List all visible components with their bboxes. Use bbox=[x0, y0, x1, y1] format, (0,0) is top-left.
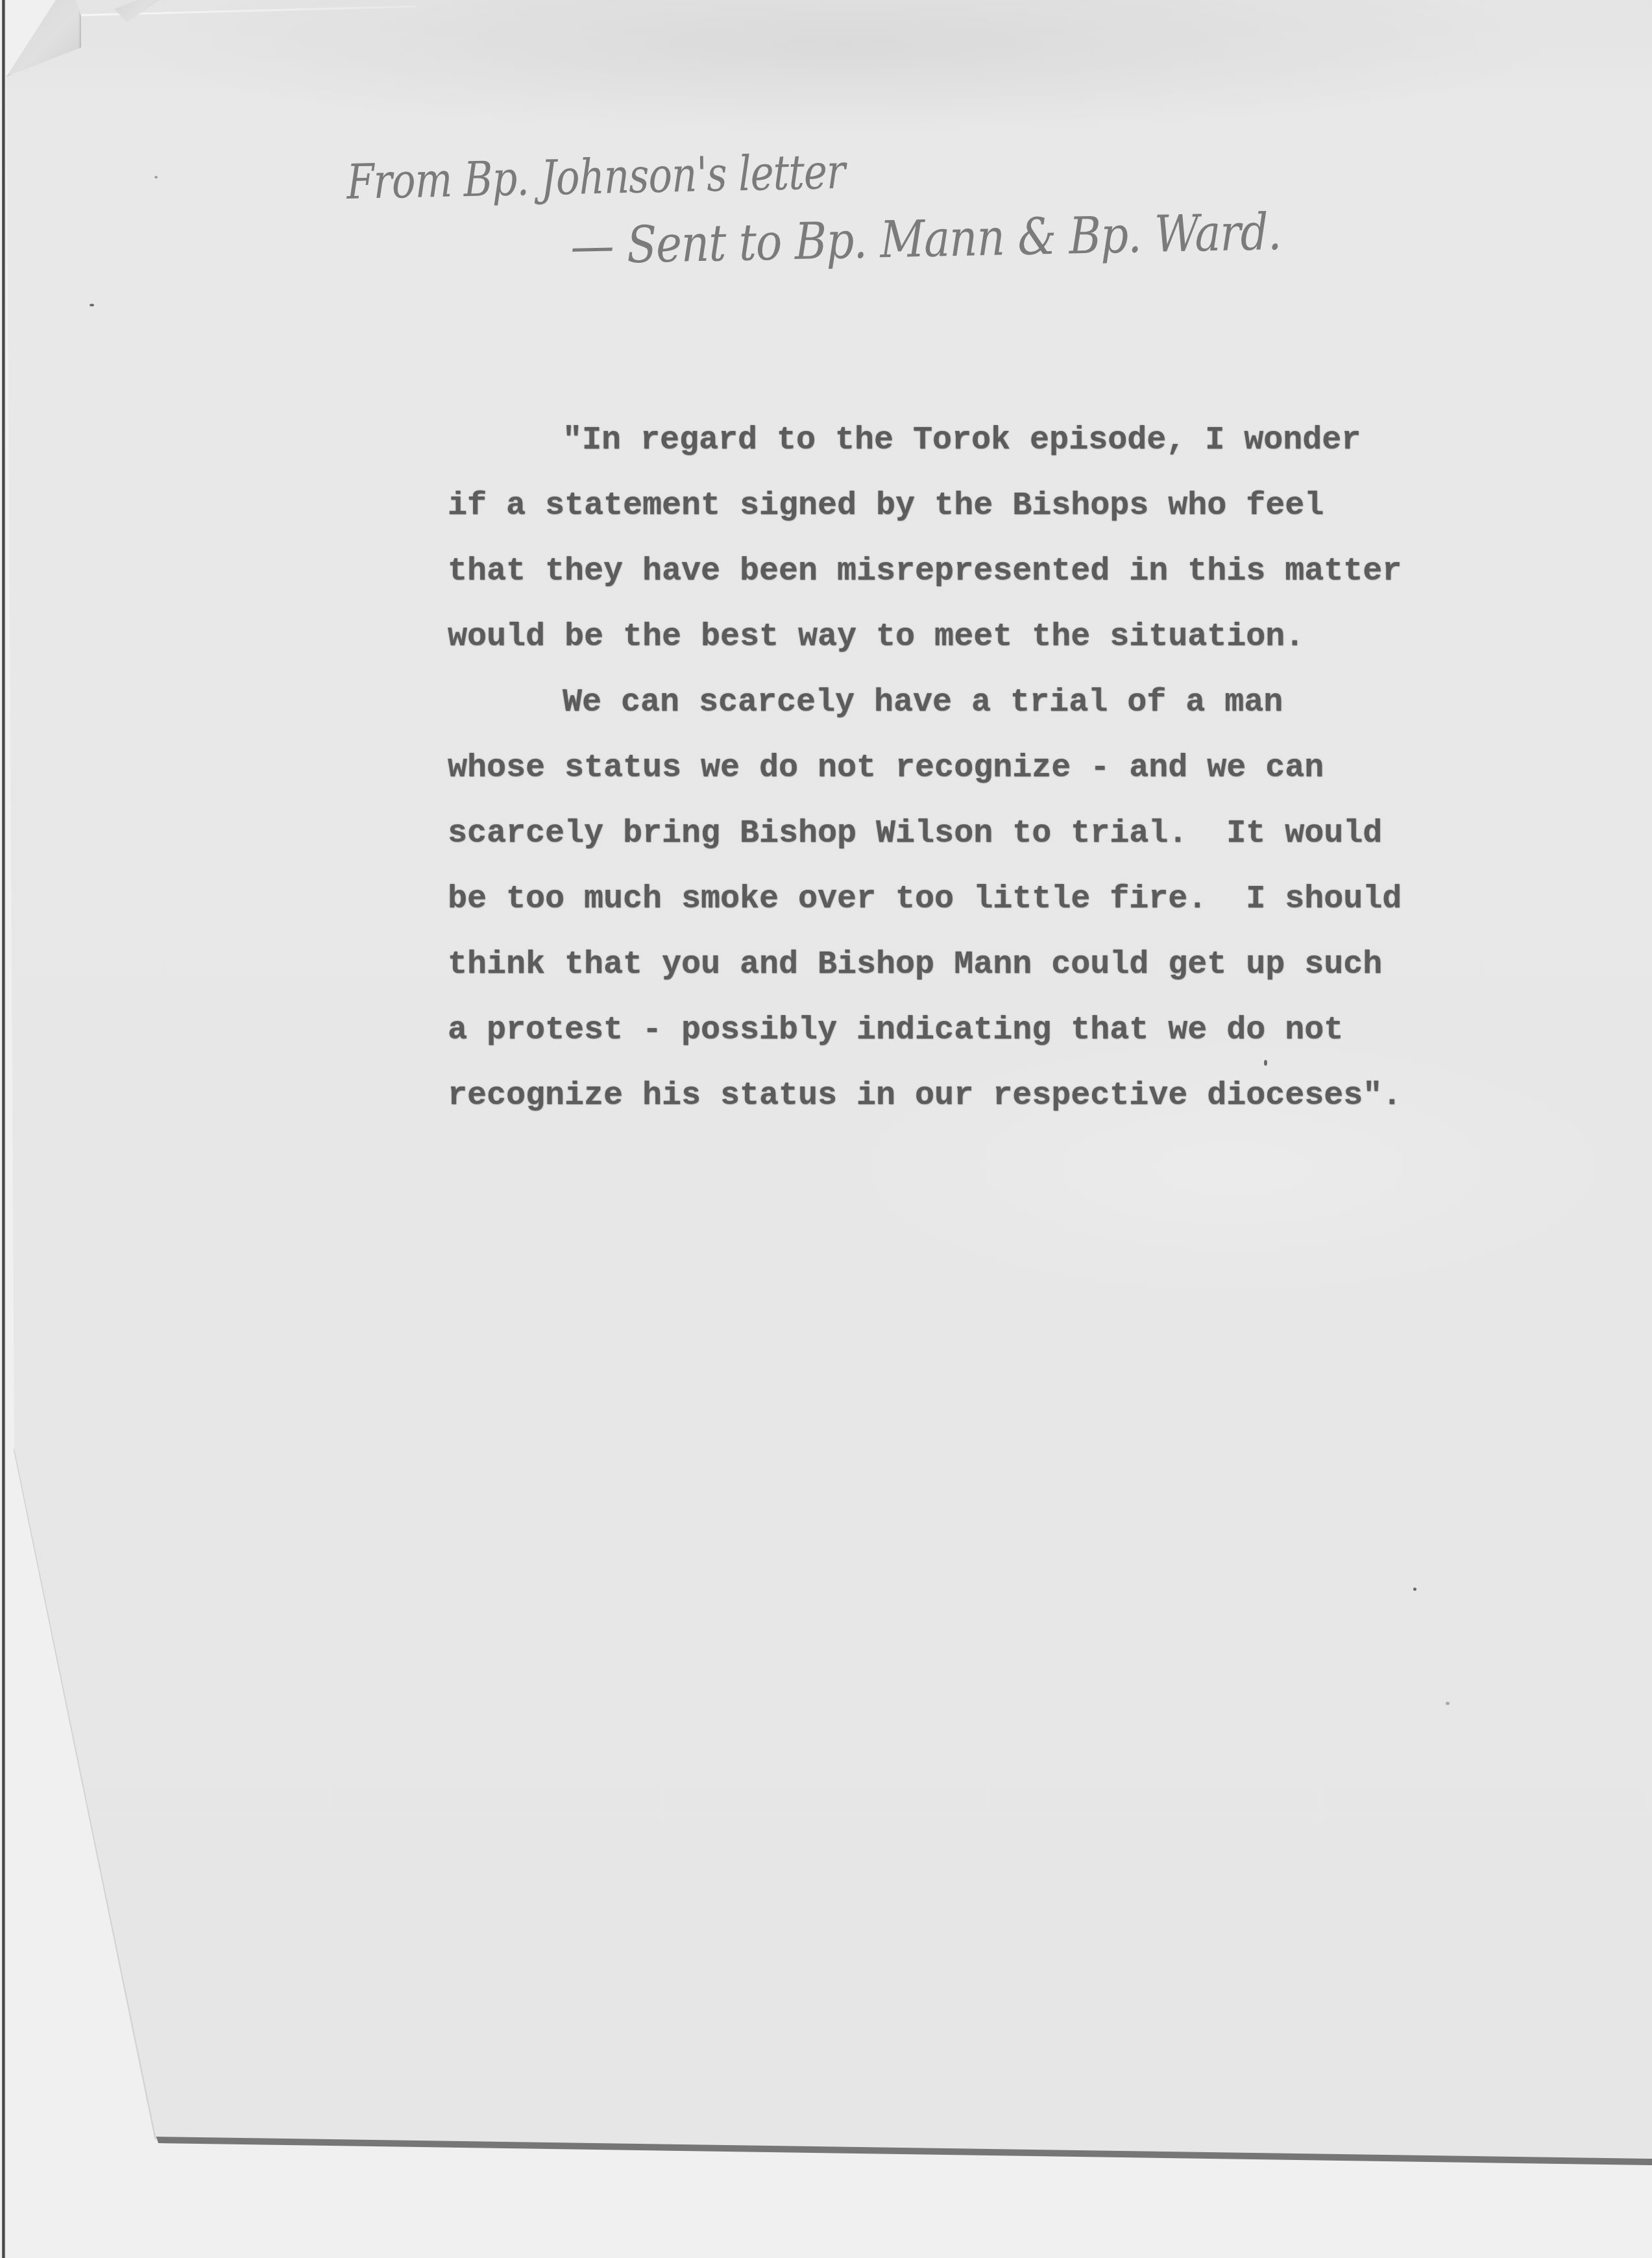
paper-speck bbox=[154, 176, 158, 178]
paper-speck bbox=[1446, 1702, 1450, 1705]
paragraph-2-line-2: whose status we do not recognize - and w… bbox=[448, 735, 1460, 801]
paragraph-2-line-4: be too much smoke over too little fire. … bbox=[448, 866, 1460, 932]
paragraph-1-line-3: that they have been misrepresented in th… bbox=[448, 539, 1460, 604]
paragraph-1-line-4: would be the best way to meet the situat… bbox=[448, 604, 1460, 670]
paragraph-2-line-7: recognize his status in our respective d… bbox=[448, 1063, 1460, 1129]
paper-speck bbox=[1413, 1588, 1416, 1591]
paragraph-1-line-1: "In regard to the Torok episode, I wonde… bbox=[448, 408, 1460, 473]
paper-speck bbox=[1264, 1060, 1267, 1066]
paragraph-2-line-3: scarcely bring Bishop Wilson to trial. I… bbox=[448, 801, 1460, 866]
paragraph-1-line-2: if a statement signed by the Bishops who… bbox=[448, 473, 1460, 539]
paragraph-2-line-5: think that you and Bishop Mann could get… bbox=[448, 932, 1460, 998]
paragraph-2-line-6: a protest - possibly indicating that we … bbox=[448, 998, 1460, 1063]
handwritten-annotation-source: From Bp. Johnson's letter bbox=[346, 144, 845, 210]
letter-body: "In regard to the Torok episode, I wonde… bbox=[448, 408, 1460, 1129]
paper-sheet bbox=[0, 0, 1652, 2258]
paper-speck bbox=[90, 304, 94, 306]
paragraph-2-line-1: We can scarcely have a trial of a man bbox=[448, 670, 1460, 735]
scanned-page: From Bp. Johnson's letter — Sent to Bp. … bbox=[0, 0, 1652, 2258]
